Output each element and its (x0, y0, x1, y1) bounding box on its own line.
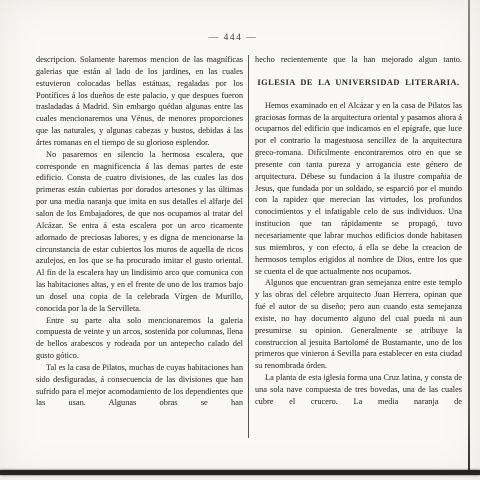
section-heading: IGLESIA DE LA UNIVERSIDAD LITERARIA. (255, 77, 462, 89)
paragraph: Entre su parte alta solo mencionaremos l… (36, 315, 243, 362)
paragraph: La planta de esta iglesia forma una Cruz… (255, 372, 462, 408)
paragraph: descripcion. Solamente haremos mencion d… (36, 54, 243, 149)
right-column: hecho recientemente que la han mejorado … (255, 54, 462, 408)
left-column: descripcion. Solamente haremos mencion d… (36, 54, 243, 409)
page-number: — 444 — (0, 33, 466, 43)
paragraph: Algunos que encuentran gran semejanza en… (255, 277, 462, 372)
paragraph: Hemos examinado en el Alcázar y en la ca… (255, 100, 462, 278)
continuation-line: hecho recientemente que la han mejorado … (255, 54, 462, 66)
column-divider-rule (248, 55, 249, 438)
scan-page-edge-right (468, 0, 470, 472)
text-columns: descripcion. Solamente haremos mencion d… (36, 54, 462, 438)
scan-page-edge-bottom (0, 470, 480, 475)
paragraph: No pasaremos en silencio la hermosa esca… (36, 149, 243, 315)
paragraph: Tal es la casa de Pilatos, muchas de cuy… (36, 362, 243, 409)
book-page: — 444 — descripcion. Solamente haremos m… (0, 0, 480, 480)
